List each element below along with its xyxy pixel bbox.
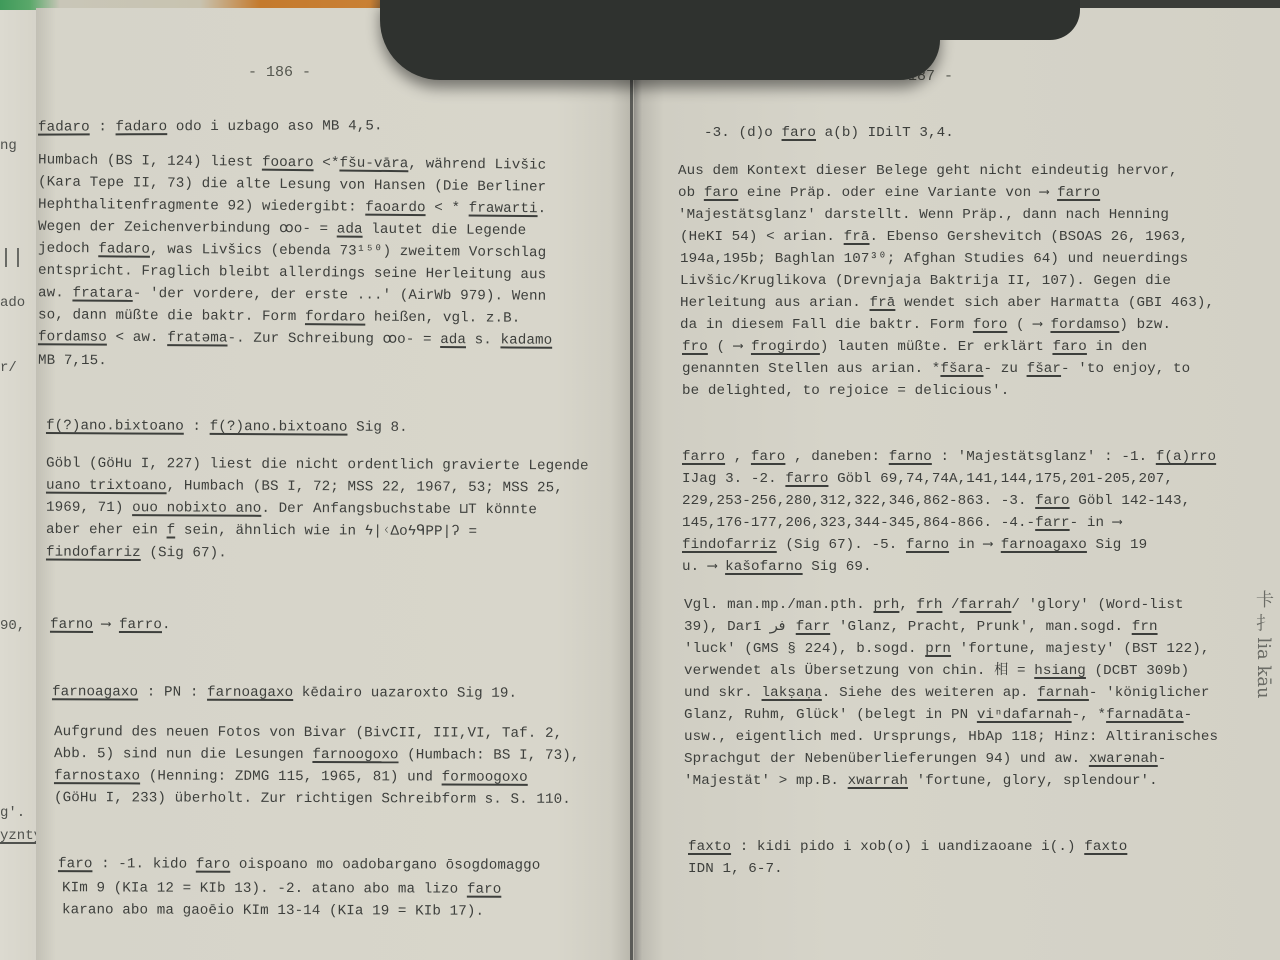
underlined-term: fšar	[1027, 361, 1061, 377]
page-187: - 187 - -3. (d)o faro a(b) IDilT 3,4.Aus…	[634, 8, 1280, 960]
text-segment: <*	[314, 155, 340, 171]
underlined-term: fordamso	[38, 329, 107, 345]
text-segment: genannten Stellen aus arian. *	[682, 361, 940, 377]
fragment: ng	[0, 138, 17, 154]
fragment: r/	[0, 360, 17, 376]
text-line: 229,253-256,280,312,322,346,862-863. -3.…	[682, 492, 1190, 510]
underlined-term: faro	[1035, 493, 1069, 509]
text-segment: odo i uzbago aso MB 4,5.	[167, 118, 382, 135]
text-segment: :	[184, 419, 210, 435]
text-line: 'Majestät' > mp.B. xwarrah 'fortune, glo…	[684, 772, 1158, 790]
text-line: be delighted, to rejoice = delicious'.	[682, 382, 1009, 400]
underlined-term: faro	[467, 882, 502, 898]
text-segment: : 'Majestätsglanz' : -1.	[932, 449, 1156, 465]
underlined-term: prn	[925, 641, 951, 657]
text-line: aber eher ein f sein, ähnlich wie in ϟ|ᚲ…	[46, 521, 477, 541]
underlined-term: farnoagaxo	[52, 684, 138, 700]
text-segment: aw.	[38, 285, 73, 301]
text-segment: ( ⟶	[708, 339, 751, 355]
underlined-term: uano trixtoano	[46, 478, 167, 495]
text-segment: u. ⟶	[682, 559, 725, 575]
text-segment: - 'to enjoy, to	[1061, 361, 1190, 377]
text-line: Sprachgut der Nebenüberlieferungen 94) u…	[684, 750, 1166, 768]
underlined-term: fratara	[72, 285, 132, 301]
text-segment: - 'der vordere, der erste ...' (AirWb 97…	[133, 286, 547, 305]
text-line: Aufgrund des neuen Fotos von Bivar (BivC…	[54, 723, 562, 743]
underlined-term: foro	[973, 317, 1007, 333]
underlined-term: farr	[1035, 515, 1069, 531]
text-segment: /	[942, 597, 959, 613]
fragment: ||	[0, 247, 24, 270]
text-line: KIm 9 (KIa 12 = KIb 13). -2. atano abo m…	[62, 879, 501, 899]
underlined-term: frā	[844, 229, 870, 245]
text-segment: Göbl (GöHu I, 227) liest die nicht orden…	[46, 456, 589, 475]
underlined-term: faro	[58, 856, 93, 872]
text-line: farnoagaxo : PN : farnoagaxo kēdairo uaz…	[52, 683, 517, 703]
text-segment: kēdairo uazaroxto Sig 19.	[293, 685, 517, 702]
text-segment: (Sig 67).	[141, 545, 227, 561]
underlined-term: kadamo	[500, 332, 552, 348]
text-line: Wegen der Zeichenverbindung ꝏo- = ada la…	[38, 218, 526, 240]
text-segment: Sprachgut der Nebenüberlieferungen 94) u…	[684, 751, 1089, 767]
text-line: Abb. 5) sind nun die Lesungen farnoogoxo…	[54, 745, 580, 765]
text-segment: heißen, vgl. z.B.	[365, 310, 520, 327]
text-line: fro ( ⟶ frogirdo) lauten müßte. Er erklä…	[682, 338, 1147, 356]
text-line: Aus dem Kontext dieser Belege geht nicht…	[678, 162, 1178, 180]
underlined-term: faro	[704, 185, 738, 201]
page-number: - 186 -	[248, 64, 311, 81]
underlined-term: frh	[917, 597, 943, 613]
underlined-term: farrah	[960, 597, 1012, 613]
text-line: 39), Darī فر farr 'Glanz, Pracht, Prunk'…	[684, 618, 1158, 636]
handwritten-note: 卡 扌 lia kāu	[1238, 590, 1278, 699]
text-segment: : PN :	[138, 684, 207, 700]
text-segment: < *	[426, 200, 469, 216]
text-line: farnostaxo (Henning: ZDMG 115, 1965, 81)…	[54, 767, 528, 787]
text-segment: Sig 69.	[803, 559, 872, 575]
underlined-term: farro	[119, 617, 162, 633]
text-segment: wendet sich aber Harmatta (GBI 463),	[895, 295, 1214, 311]
fragment: g'.	[0, 805, 25, 821]
underlined-term: fadaro	[116, 119, 168, 135]
text-segment: usw., eigentlich med. Ursprungs, HbAp 11…	[684, 729, 1218, 745]
text-segment: ,	[725, 449, 751, 465]
text-segment: Wegen der Zeichenverbindung ꝏo- =	[38, 219, 337, 238]
underlined-term: faoardo	[365, 200, 425, 217]
text-segment: 'Majestätsglanz' darstellt. Wenn Präp., …	[678, 207, 1169, 223]
text-segment: in den	[1087, 339, 1147, 355]
text-segment: Abb. 5) sind nun die Lesungen	[54, 746, 312, 763]
underlined-term: farnoagaxo	[207, 685, 293, 701]
underlined-term: findofarriz	[46, 545, 141, 561]
text-line: IJag 3. -2. farro Göbl 69,74,74A,141,144…	[682, 470, 1173, 488]
underlined-term: faxto	[688, 839, 731, 855]
text-line: Göbl (GöHu I, 227) liest die nicht orden…	[46, 455, 589, 476]
text-line: 145,176-177,206,323,344-345,864-866. -4.…	[682, 514, 1121, 532]
fragment: 90,	[0, 618, 25, 634]
text-line: 'Majestätsglanz' darstellt. Wenn Präp., …	[678, 206, 1169, 224]
text-segment: . Ebenso Gershevitch (BSOAS 26, 1963,	[870, 229, 1189, 245]
underlined-term: fratəma	[167, 330, 227, 346]
text-line: da in diesem Fall die baktr. Form foro (…	[680, 316, 1171, 334]
text-segment: -. Zur Schreibung ꝏo- =	[227, 331, 440, 348]
underlined-term: fro	[682, 339, 708, 355]
text-line: genannten Stellen aus arian. *fšara- zu …	[682, 360, 1190, 378]
underlined-term: farro	[682, 449, 725, 465]
text-segment: Aufgrund des neuen Fotos von Bivar (BivC…	[54, 724, 562, 742]
text-line: f(?)ano.bixtoano : f(?)ano.bixtoano Sig …	[46, 417, 408, 437]
text-line: Herleitung aus arian. frā wendet sich ab…	[680, 294, 1214, 312]
underlined-term: faxto	[1084, 839, 1127, 855]
underlined-term: frn	[1132, 619, 1158, 635]
underlined-term: kašofarno	[725, 559, 803, 575]
text-line: aw. fratara- 'der vordere, der erste ...…	[38, 284, 546, 306]
text-segment: Glanz, Ruhm, Glück' (belegt in PN	[684, 707, 977, 723]
underlined-term: farnostaxo	[54, 768, 140, 784]
text-segment: Göbl 69,74,74A,141,144,175,201-205,207,	[828, 471, 1173, 487]
underlined-term: f(a)rro	[1156, 449, 1216, 465]
text-line: so, dann müßte die baktr. Form fordaro h…	[38, 306, 521, 327]
text-segment: : -1. kido	[92, 856, 195, 872]
text-segment: MB 7,15.	[38, 353, 107, 369]
underlined-term: faro	[782, 125, 816, 141]
text-segment: / 'glory' (Word-list	[1011, 597, 1183, 613]
underlined-term: farno	[889, 449, 932, 465]
underlined-term: farnoagaxo	[1001, 537, 1087, 553]
text-segment: (GöHu I, 233) überholt. Zur richtigen Sc…	[54, 790, 571, 808]
page-186: - 186 - fadaro : fadaro odo i uzbago aso…	[36, 8, 636, 960]
text-line: -3. (d)o faro a(b) IDilT 3,4.	[704, 124, 954, 142]
text-line: fordamso < aw. fratəma-. Zur Schreibung …	[38, 328, 552, 350]
text-line: usw., eigentlich med. Ursprungs, HbAp 11…	[684, 728, 1218, 746]
text-line: 1969, 71) ouo nobixto ano. Der Anfangsbu…	[46, 499, 537, 520]
text-segment: < aw.	[107, 330, 167, 346]
text-segment: Vgl. man.mp./man.pth.	[684, 597, 874, 613]
text-segment: IDN 1, 6-7.	[688, 861, 783, 877]
text-segment: so, dann müßte die baktr. Form	[38, 307, 305, 325]
text-segment: IJag 3. -2.	[682, 471, 785, 487]
text-segment: KIm 9 (KIa 12 = KIb 13). -2. atano abo m…	[62, 880, 467, 897]
text-segment: 'fortune, glory, splendour'.	[908, 773, 1158, 789]
underlined-term: frogirdo	[751, 339, 820, 355]
text-line: faro : -1. kido faro oispoano mo oadobar…	[58, 855, 540, 875]
text-segment: .	[538, 201, 547, 217]
text-line: Vgl. man.mp./man.pth. prh, frh /farrah/ …	[684, 596, 1184, 614]
underlined-term: fšara	[940, 361, 983, 377]
underlined-term: farnadāta	[1106, 707, 1184, 723]
text-line: faxto : kidi pido i xob(o) i uandizaoane…	[688, 838, 1127, 856]
text-segment: Livšic/Kruglikova (Drevnjaja Baktrija II…	[680, 273, 1171, 289]
text-segment: aber eher ein	[46, 522, 167, 539]
text-line: und skr. lakṣaṇa. Siehe des weiteren ap.…	[684, 684, 1210, 702]
text-line: karano abo ma gaoēio KIm 13-14 (KIa 19 =…	[62, 901, 484, 920]
text-segment: Hephthalitenfragmente 92) wiedergibt:	[38, 197, 365, 216]
text-segment: ,	[899, 597, 916, 613]
text-segment: -3. (d)o	[704, 125, 782, 141]
underlined-term: hsiang	[1034, 663, 1086, 679]
text-segment: Herleitung aus arian.	[680, 295, 870, 311]
text-segment: , Humbach (BS I, 72; MSS 22, 1967, 53; M…	[167, 478, 563, 496]
text-line: Humbach (BS I, 124) liest fooaro <*fšu-v…	[38, 151, 546, 174]
text-segment: 145,176-177,206,323,344-345,864-866. -4.…	[682, 515, 1035, 531]
text-line: verwendet als Übersetzung von chin. 相 = …	[684, 662, 1189, 680]
underlined-term: faro	[1052, 339, 1086, 355]
underlined-term: frā	[870, 295, 896, 311]
underlined-term: f(?)ano.bixtoano	[46, 418, 184, 435]
text-segment: .	[162, 617, 171, 633]
text-segment: -	[1184, 707, 1193, 723]
text-line: (HeKI 54) < arian. frā. Ebenso Gershevit…	[680, 228, 1188, 246]
underlined-term: farnoogoxo	[312, 747, 398, 763]
text-segment: 'Glanz, Pracht, Prunk', man.sogd.	[830, 619, 1132, 635]
underlined-term: fadaro	[98, 241, 150, 257]
underlined-term: farno	[906, 537, 949, 553]
text-segment: be delighted, to rejoice = delicious'.	[682, 383, 1009, 399]
text-segment: oispoano mo oadobargano ōsogdomaggo	[230, 857, 540, 874]
text-segment: (HeKI 54) < arian.	[680, 229, 844, 245]
text-segment: Sig 19	[1087, 537, 1147, 553]
text-segment: -, *	[1072, 707, 1106, 723]
underlined-term: faro	[751, 449, 785, 465]
underlined-term: fadaro	[38, 119, 90, 135]
text-segment: s.	[466, 332, 501, 348]
underlined-term: findofarriz	[682, 537, 777, 553]
underlined-term: faro	[196, 857, 231, 873]
underlined-term: farr	[796, 619, 830, 635]
text-segment: , was Livšics (ebenda 73¹⁵⁰) zweitem Vor…	[150, 242, 546, 261]
text-segment: 'fortune, majesty' (BST 122),	[951, 641, 1209, 657]
text-segment: - 'königlicher	[1089, 685, 1210, 701]
text-segment: ) lauten müßte. Er erklärt	[820, 339, 1053, 355]
text-segment: (Kara Tepe II, 73) die alte Lesung von H…	[38, 174, 546, 195]
underlined-term: fordamso	[1050, 317, 1119, 333]
underlined-term: xwarrah	[848, 773, 908, 789]
text-line: (GöHu I, 233) überholt. Zur richtigen Sc…	[54, 789, 571, 809]
text-segment: entspricht. Fraglich bleibt allerdings s…	[38, 263, 546, 283]
text-segment: a(b) IDilT 3,4.	[816, 125, 954, 141]
text-segment: 1969, 71)	[46, 500, 132, 516]
underlined-term: prh	[874, 597, 900, 613]
text-segment: ob	[678, 185, 704, 201]
text-line: Livšic/Kruglikova (Drevnjaja Baktrija II…	[680, 272, 1171, 290]
underlined-term: fšu-vāra	[339, 155, 408, 172]
text-segment: - zu	[984, 361, 1027, 377]
fragment: ado	[0, 295, 25, 311]
text-segment: -	[1158, 751, 1167, 767]
text-line: Glanz, Ruhm, Glück' (belegt in PN viⁿdaf…	[684, 706, 1192, 724]
text-segment: in ⟶	[949, 537, 1001, 553]
text-segment: 194a,195b; Baghlan 107³⁰; Afghan Studies…	[680, 251, 1188, 267]
text-segment: 229,253-256,280,312,322,346,862-863. -3.	[682, 493, 1035, 509]
text-segment: :	[90, 119, 116, 135]
text-line: Hephthalitenfragmente 92) wiedergibt: fa…	[38, 196, 546, 218]
text-segment: . Siehe des weiteren ap.	[822, 685, 1037, 701]
text-segment: Humbach (BS I, 124) liest	[38, 152, 262, 170]
underlined-term: formoogoxo	[442, 770, 528, 786]
underlined-term: fordaro	[305, 309, 365, 325]
underlined-term: frawarti	[469, 201, 538, 218]
text-segment: da in diesem Fall die baktr. Form	[680, 317, 973, 333]
underlined-term: xwarənah	[1089, 751, 1158, 767]
binder-clip	[380, 0, 940, 80]
text-line: farno ⟶ farro.	[50, 616, 171, 634]
text-line: 'luck' (GMS § 224), b.sogd. prn 'fortune…	[684, 640, 1209, 658]
text-segment: - in ⟶	[1070, 515, 1122, 531]
text-segment: , während Livšic	[408, 156, 546, 173]
text-line: findofarriz (Sig 67).	[46, 544, 227, 563]
text-segment: Göbl 142-143,	[1070, 493, 1191, 509]
text-segment: 'luck' (GMS § 224), b.sogd.	[684, 641, 925, 657]
text-segment: und skr.	[684, 685, 762, 701]
text-segment: jedoch	[38, 241, 98, 258]
underlined-term: viⁿdafarnah	[977, 707, 1072, 723]
text-line: fadaro : fadaro odo i uzbago aso MB 4,5.	[38, 117, 383, 136]
underlined-term: lakṣaṇa	[762, 685, 822, 701]
underlined-term: farnah	[1037, 685, 1089, 701]
underlined-term: ada	[440, 332, 466, 348]
text-segment: verwendet als Übersetzung von chin. 相 =	[684, 663, 1034, 679]
text-line: IDN 1, 6-7.	[688, 860, 783, 878]
text-segment: 'Majestät' > mp.B.	[684, 773, 848, 789]
text-segment: lautet die Legende	[363, 222, 527, 239]
text-segment: : kidi pido i xob(o) i uandizaoane i(.)	[731, 839, 1084, 855]
text-segment: karano abo ma gaoēio KIm 13-14 (KIa 19 =…	[62, 902, 484, 919]
underlined-term: ouo nobixto ano	[132, 500, 261, 517]
underlined-term: farro	[1057, 185, 1100, 201]
text-segment: ⟶	[93, 617, 119, 633]
underlined-term: ada	[337, 221, 363, 237]
text-segment: (Sig 67). -5.	[777, 537, 906, 553]
book-gutter	[630, 60, 633, 960]
text-line: findofarriz (Sig 67). -5. farno in ⟶ far…	[682, 536, 1147, 554]
text-segment: ) bzw.	[1119, 317, 1171, 333]
text-segment: ( ⟶	[1007, 317, 1050, 333]
text-segment: (Henning: ZDMG 115, 1965, 81) und	[140, 768, 442, 785]
text-segment: Aus dem Kontext dieser Belege geht nicht…	[678, 163, 1178, 179]
underlined-term: farro	[785, 471, 828, 487]
text-line: MB 7,15.	[38, 352, 107, 370]
text-line: farro , faro , daneben: farno : 'Majestä…	[682, 448, 1216, 466]
text-line: (Kara Tepe II, 73) die alte Lesung von H…	[38, 173, 546, 196]
text-line: uano trixtoano, Humbach (BS I, 72; MSS 2…	[46, 477, 563, 498]
text-line: jedoch fadaro, was Livšics (ebenda 73¹⁵⁰…	[38, 240, 546, 262]
text-segment: , daneben:	[785, 449, 888, 465]
text-segment: 39), Darī فر	[684, 619, 796, 635]
text-segment: (Humbach: BS I, 73),	[399, 747, 580, 764]
underlined-term: fooaro	[262, 155, 314, 172]
text-segment: . Der Anfangsbuchstabe ⊔T könnte	[261, 501, 537, 518]
text-segment: (DCBT 309b)	[1086, 663, 1189, 679]
text-segment: sein, ähnlich wie in ϟ|ᚲΔoϟᑫPP|ʔ =	[175, 523, 477, 541]
text-line: 194a,195b; Baghlan 107³⁰; Afghan Studies…	[680, 250, 1188, 268]
text-line: u. ⟶ kašofarno Sig 69.	[682, 558, 872, 576]
text-segment: Sig 8.	[347, 420, 407, 436]
text-line: entspricht. Fraglich bleibt allerdings s…	[38, 262, 546, 284]
underlined-term: farno	[50, 617, 93, 633]
text-line: ob faro eine Präp. oder eine Variante vo…	[678, 184, 1100, 202]
text-segment: eine Präp. oder eine Variante von ⟶	[738, 185, 1057, 201]
underlined-term: f(?)ano.bixtoano	[210, 419, 348, 436]
